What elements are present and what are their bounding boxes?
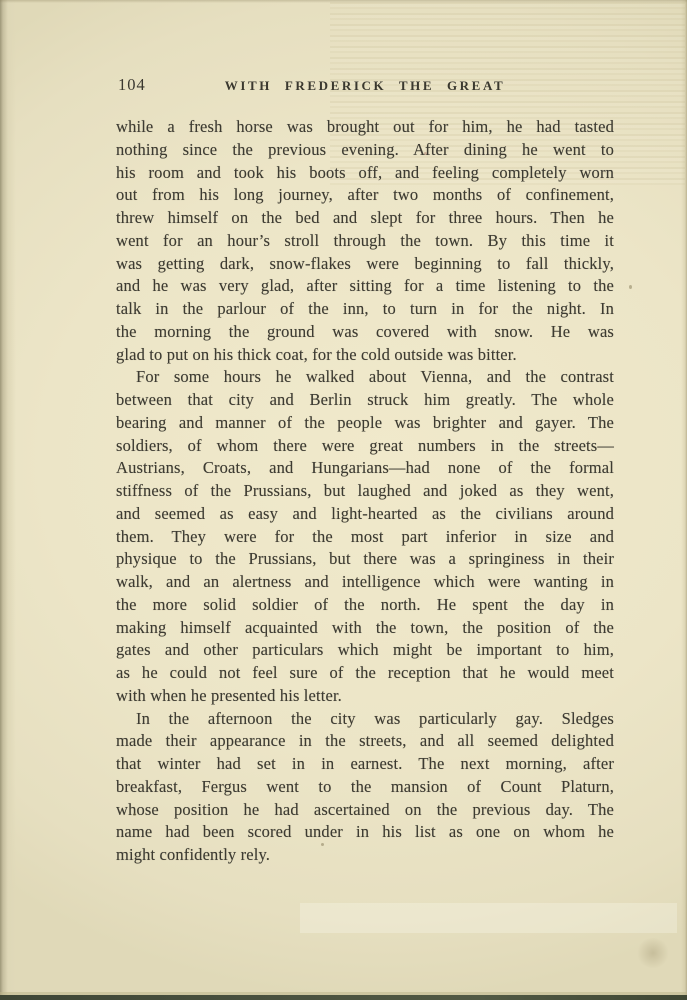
book-page-scan: 104 WITH FREDERICK THE GREAT while a fre… — [0, 0, 687, 1000]
paragraph: In the afternoon the city was particular… — [116, 708, 614, 867]
page-edge-left — [0, 0, 16, 1000]
text-line: while a fresh horse was brought out for … — [116, 116, 614, 139]
paragraph: For some hours he walked about Vienna, a… — [116, 366, 614, 707]
scan-speck — [133, 813, 136, 816]
text-line: name had been scored under in his list a… — [116, 821, 614, 844]
page-edge-right — [681, 0, 687, 1000]
text-line: making himself acquainted with the town,… — [116, 617, 614, 640]
page-header: 104 WITH FREDERICK THE GREAT — [116, 75, 614, 97]
text-line: walk, and an alertness and intelligence … — [116, 571, 614, 594]
text-line: stiffness of the Prussians, but laughed … — [116, 480, 614, 503]
text-line: that winter had set in in earnest. The n… — [116, 753, 614, 776]
page-edge-bottom-dark — [0, 995, 687, 1000]
text-line: between that city and Berlin struck him … — [116, 389, 614, 412]
scan-speck — [321, 843, 324, 846]
text-line: went for an hour’s stroll through the to… — [116, 230, 614, 253]
text-line: bearing and manner of the people was bri… — [116, 412, 614, 435]
text-line: his room and took his boots off, and fee… — [116, 162, 614, 185]
text-line: the morning the ground was covered with … — [116, 321, 614, 344]
body-text: while a fresh horse was brought out for … — [116, 116, 614, 867]
page-edge-top — [0, 0, 687, 3]
text-line: threw himself on the bed and slept for t… — [116, 207, 614, 230]
text-line: Austrians, Croats, and Hungarians—had no… — [116, 457, 614, 480]
text-line: and seemed as easy and light-hearted as … — [116, 503, 614, 526]
paragraph: while a fresh horse was brought out for … — [116, 116, 614, 366]
text-line: In the afternoon the city was particular… — [116, 708, 614, 731]
text-line: nothing since the previous evening. Afte… — [116, 139, 614, 162]
text-line: and he was very glad, after sitting for … — [116, 275, 614, 298]
scan-speck — [629, 285, 632, 289]
text-line: might confidently rely. — [116, 844, 614, 867]
text-line: with when he presented his letter. — [116, 685, 614, 708]
text-line: out from his long journey, after two mon… — [116, 184, 614, 207]
text-line: For some hours he walked about Vienna, a… — [116, 366, 614, 389]
scan-smudge — [636, 938, 670, 968]
text-line: whose position he had ascertained on the… — [116, 799, 614, 822]
text-line: breakfast, Fergus went to the mansion of… — [116, 776, 614, 799]
text-line: physique to the Prussians, but there was… — [116, 548, 614, 571]
text-line: as he could not feel sure of the recepti… — [116, 662, 614, 685]
text-line: them. They were for the most part inferi… — [116, 526, 614, 549]
text-line: gates and other particulars which might … — [116, 639, 614, 662]
text-line: the more solid soldier of the north. He … — [116, 594, 614, 617]
running-header: WITH FREDERICK THE GREAT — [116, 78, 614, 94]
scan-speck — [424, 152, 427, 155]
text-line: made their appearance in the streets, an… — [116, 730, 614, 753]
text-line: was getting dark, snow-flakes were begin… — [116, 253, 614, 276]
scan-light-band — [300, 903, 677, 933]
text-line: talk in the parlour of the inn, to turn … — [116, 298, 614, 321]
text-line: glad to put on his thick coat, for the c… — [116, 344, 614, 367]
text-line: soldiers, of whom there were great numbe… — [116, 435, 614, 458]
